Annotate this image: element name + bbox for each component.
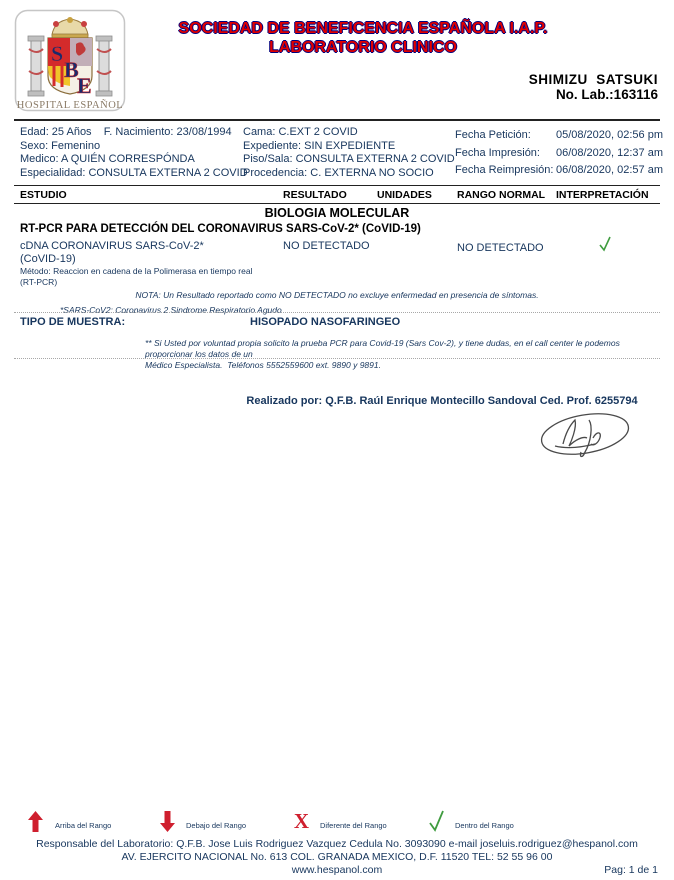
test-normal-range: NO DETECTADO bbox=[457, 242, 544, 255]
legend-label-arriba: Arriba del Rango bbox=[55, 821, 111, 830]
fecha-label: Fecha Impresión: bbox=[455, 145, 540, 163]
col-header-resultado: RESULTADO bbox=[283, 189, 347, 201]
info-line: Especialidad: CONSULTA EXTERNA 2 COVID bbox=[20, 167, 248, 181]
table-bottom-rule bbox=[14, 203, 660, 204]
method-note: Método: Reaccion en cadena de la Polimer… bbox=[20, 266, 300, 287]
arrow-up-icon bbox=[28, 811, 43, 837]
dotted-divider-1 bbox=[14, 312, 660, 313]
lab-number: No. Lab.:163116 bbox=[529, 87, 658, 102]
dotted-divider-2 bbox=[14, 358, 660, 359]
info-line: Cama: C.EXT 2 COVID bbox=[243, 126, 455, 140]
fecha-value: 06/08/2020, 02:57 am bbox=[556, 162, 663, 180]
signature bbox=[533, 408, 635, 469]
method-line1: Método: Reaccion en cadena de la Polimer… bbox=[20, 266, 300, 277]
info-line: Expediente: SIN EXPEDIENTE bbox=[243, 140, 455, 154]
svg-text:S: S bbox=[51, 41, 63, 66]
info-line: Medico: A QUIÉN CORRESPÓNDA bbox=[20, 153, 248, 167]
svg-text:X: X bbox=[294, 811, 309, 831]
sample-type-label: TIPO DE MUESTRA: bbox=[20, 316, 125, 328]
logo-caption: HOSPITAL ESPAÑOL bbox=[17, 99, 123, 111]
signature-icon bbox=[533, 408, 635, 464]
fecha-row: Fecha Impresión: 06/08/2020, 12:37 am bbox=[455, 145, 663, 163]
fecha-row: Fecha Petición: 05/08/2020, 02:56 pm bbox=[455, 127, 663, 145]
hospital-logo: S B E HOSPITAL ESPAÑOL bbox=[14, 9, 126, 116]
performed-by: Realizado por: Q.F.B. Raúl Enrique Monte… bbox=[230, 395, 654, 407]
lab-report-page: S B E HOSPITAL ESPAÑOL SOCIEDAD DE BENEF… bbox=[0, 0, 674, 880]
check-mark-icon bbox=[428, 810, 445, 837]
org-title-line1: SOCIEDAD DE BENEFICENCIA ESPAÑOLA I.A.P. bbox=[128, 19, 598, 38]
info-line: Piso/Sala: CONSULTA EXTERNA 2 COVID bbox=[243, 153, 455, 167]
svg-text:E: E bbox=[77, 73, 92, 98]
patient-name: SHIMIZU SATSUKI bbox=[529, 72, 658, 87]
report-title: SOCIEDAD DE BENEFICENCIA ESPAÑOLA I.A.P.… bbox=[128, 19, 598, 57]
call-center-note: ** Si Usted por voluntad propia solicito… bbox=[145, 338, 629, 371]
sample-type-value: HISOPADO NASOFARINGEO bbox=[250, 316, 400, 328]
patient-info-col2: Cama: C.EXT 2 COVID Expediente: SIN EXPE… bbox=[243, 126, 455, 180]
fecha-value: 06/08/2020, 12:37 am bbox=[556, 145, 663, 163]
patient-info-col1: Edad: 25 Años F. Nacimiento: 23/08/1994 … bbox=[20, 126, 248, 180]
patient-id-block: SHIMIZU SATSUKI No. Lab.:163116 bbox=[529, 72, 658, 102]
fecha-value: 05/08/2020, 02:56 pm bbox=[556, 127, 663, 145]
col-header-unidades: UNIDADES bbox=[377, 189, 432, 201]
test-name-line2: (CoVID-19) bbox=[20, 253, 270, 266]
table-top-rule bbox=[14, 185, 660, 186]
legend-label-diferente: Diferente del Rango bbox=[320, 821, 387, 830]
result-check-icon bbox=[598, 236, 612, 257]
patient-info-dates: Fecha Petición: 05/08/2020, 02:56 pm Fec… bbox=[455, 127, 663, 180]
fecha-label: Fecha Petición: bbox=[455, 127, 531, 145]
fecha-label: Fecha Reimpresión: bbox=[455, 162, 553, 180]
result-nota: NOTA: Un Resultado reportado como NO DET… bbox=[0, 290, 674, 300]
org-title-line2: LABORATORIO CLINICO bbox=[128, 38, 598, 57]
test-group-title: RT-PCR PARA DETECCIÓN DEL CORONAVIRUS SA… bbox=[20, 223, 421, 235]
page-indicator: Pag: 1 de 1 bbox=[604, 864, 658, 876]
test-name-line1: cDNA CORONAVIRUS SARS-CoV-2* bbox=[20, 240, 270, 253]
footer-responsible: Responsable del Laboratorio: Q.F.B. Jose… bbox=[0, 838, 674, 850]
footer-website: www.hespanol.com bbox=[0, 864, 674, 876]
legend-label-dentro: Dentro del Rango bbox=[455, 821, 514, 830]
footer-address: AV. EJERCITO NACIONAL No. 613 COL. GRANA… bbox=[0, 851, 674, 863]
col-header-interpretacion: INTERPRETACIÓN bbox=[556, 189, 649, 201]
arrow-down-icon bbox=[160, 811, 175, 837]
fecha-row: Fecha Reimpresión: 06/08/2020, 02:57 am bbox=[455, 162, 663, 180]
call-note-line1: ** Si Usted por voluntad propia solicito… bbox=[145, 338, 629, 360]
header-divider bbox=[14, 119, 660, 121]
info-line: Sexo: Femenino bbox=[20, 140, 248, 154]
method-line2: (RT-PCR) bbox=[20, 277, 300, 288]
x-mark-icon: X bbox=[293, 811, 310, 836]
test-name: cDNA CORONAVIRUS SARS-CoV-2* (CoVID-19) bbox=[20, 240, 270, 266]
info-line: Procedencia: C. EXTERNA NO SOCIO bbox=[243, 167, 455, 181]
test-result-value: NO DETECTADO bbox=[283, 240, 370, 253]
section-title: BIOLOGIA MOLECULAR bbox=[0, 206, 674, 220]
sars-footnote: *SARS-CoV2: Coronavirus 2 Sindrome Respi… bbox=[60, 305, 282, 315]
col-header-estudio: ESTUDIO bbox=[20, 189, 67, 201]
info-line: Edad: 25 Años F. Nacimiento: 23/08/1994 bbox=[20, 126, 248, 140]
col-header-rango-normal: RANGO NORMAL bbox=[457, 189, 545, 201]
coat-of-arms-icon: S B E HOSPITAL ESPAÑOL bbox=[14, 9, 126, 116]
legend-label-debajo: Debajo del Rango bbox=[186, 821, 246, 830]
call-note-line2: Médico Especialista. Teléfonos 555255960… bbox=[145, 360, 629, 371]
